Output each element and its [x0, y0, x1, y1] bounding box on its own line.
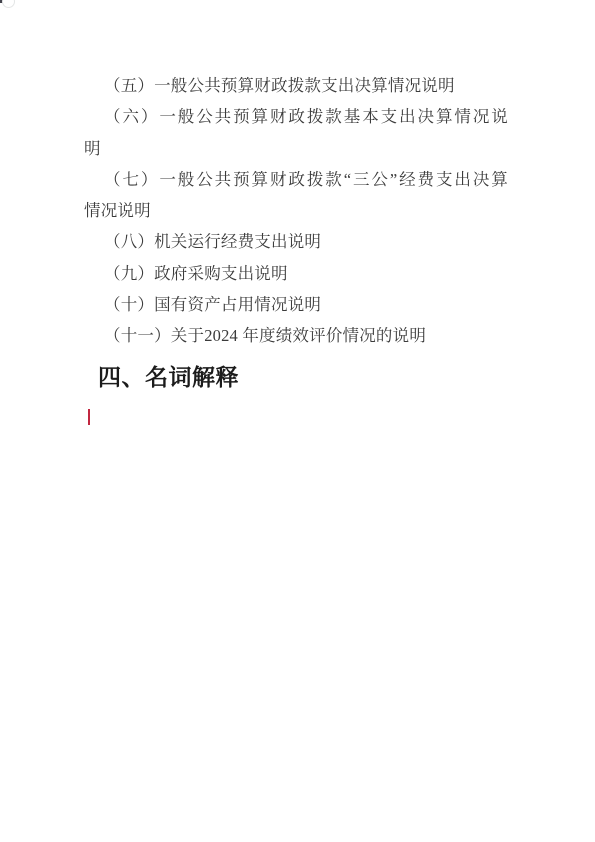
- toc-line: （十一）关于2024 年度绩效评价情况的说明: [84, 320, 508, 351]
- toc-line-continuation: 明: [84, 133, 508, 164]
- toc-line: （七）一般公共预算财政拨款“三公”经费支出决算: [84, 164, 508, 195]
- document-page: （五）一般公共预算财政拨款支出决算情况说明 （六）一般公共预算财政拨款基本支出决…: [0, 0, 595, 842]
- toc-line: （六）一般公共预算财政拨款基本支出决算情况说: [84, 101, 508, 132]
- text-cursor-caret: [88, 409, 90, 425]
- toc-line-continuation: 情况说明: [84, 195, 508, 226]
- document-text-block: （五）一般公共预算财政拨款支出决算情况说明 （六）一般公共预算财政拨款基本支出决…: [84, 70, 508, 391]
- toc-line: （十）国有资产占用情况说明: [84, 289, 508, 320]
- toc-line: （八）机关运行经费支出说明: [84, 226, 508, 257]
- toc-line: （九）政府采购支出说明: [84, 258, 508, 289]
- toc-line: （五）一般公共预算财政拨款支出决算情况说明: [84, 70, 508, 101]
- scan-artifact-circle: [2, 0, 15, 8]
- section-heading: 四、名词解释: [84, 363, 508, 391]
